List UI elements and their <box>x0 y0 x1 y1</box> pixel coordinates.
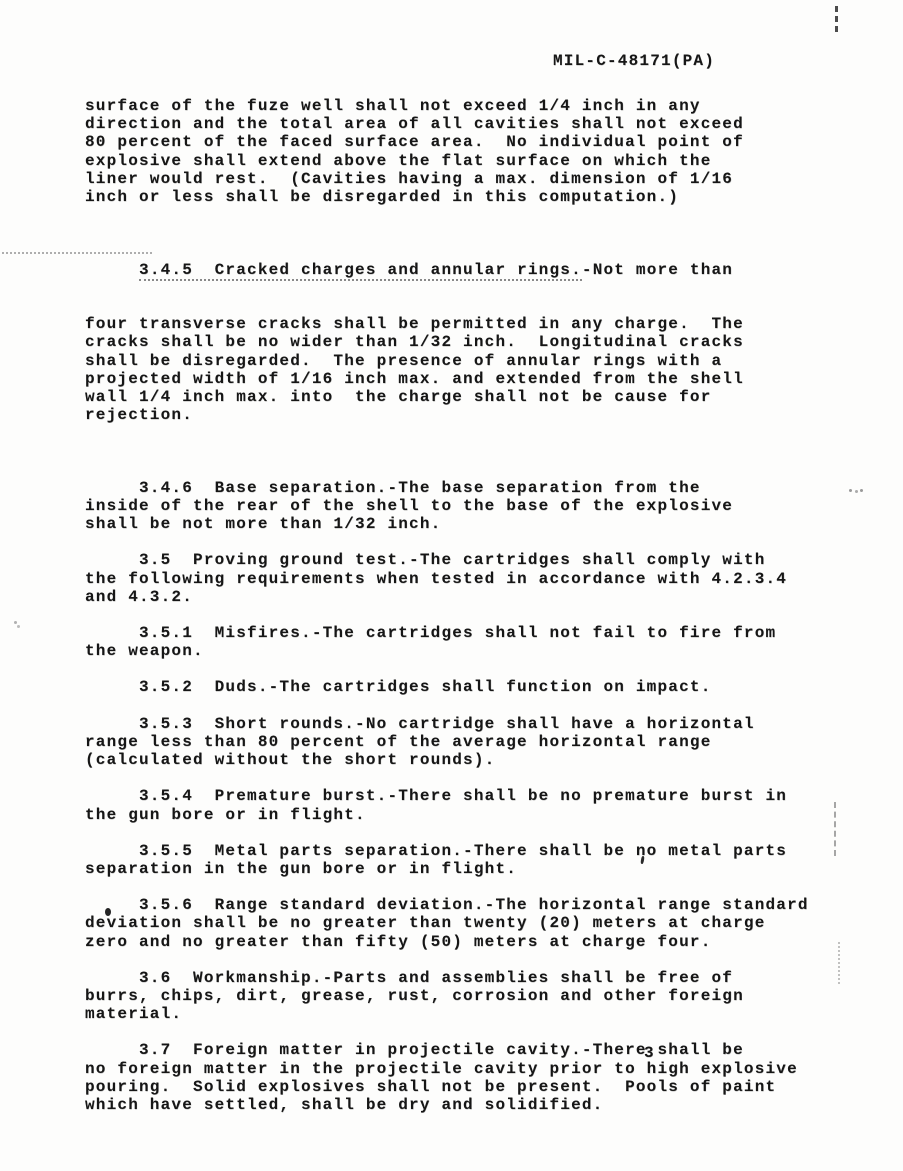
document-body: surface of the fuze well shall not excee… <box>85 97 875 1114</box>
paragraph-3-4-5-heading: 3.4.5 Cracked charges and annular rings. <box>139 261 582 281</box>
paragraph-3-5-4: 3.5.4 Premature burst.-There shall be no… <box>85 787 875 823</box>
scan-artifact-specks-2 <box>14 621 17 624</box>
paragraph-3-6: 3.6 Workmanship.-Parts and assemblies sh… <box>85 969 875 1024</box>
paragraph-3-5-3: 3.5.3 Short rounds.-No cartridge shall h… <box>85 715 875 770</box>
paragraph-3-5-5: 3.5.5 Metal parts separation.-There shal… <box>85 842 875 878</box>
scan-artifact-right-edge-line <box>834 802 836 856</box>
paragraph-3-4-6: 3.4.6 Base separation.-The base separati… <box>85 479 875 534</box>
paragraph-3-5-2: 3.5.2 Duds.-The cartridges shall functio… <box>85 678 875 696</box>
scan-artifact-right-edge-line-2 <box>838 942 840 984</box>
paragraph-3-4-5-body: four transverse cracks shall be permitte… <box>85 315 875 424</box>
paragraph-3-4-5-heading-line: 3.4.5 Cracked charges and annular rings.… <box>85 261 875 279</box>
scan-artifact-specks <box>849 489 852 492</box>
paragraph-3-4-5: 3.4.5 Cracked charges and annular rings.… <box>85 224 875 461</box>
scan-artifact-top-right-dash <box>835 6 838 32</box>
indent-spaces <box>85 261 139 279</box>
paragraph-3-5-6: 3.5.6 Range standard deviation.-The hori… <box>85 896 875 951</box>
document-number: MIL-C-48171(PA) <box>553 52 715 70</box>
paragraph-3-5: 3.5 Proving ground test.-The cartridges … <box>85 551 875 606</box>
scan-artifact-dotted-line <box>2 252 152 254</box>
page-number: 3 <box>644 1044 655 1062</box>
scan-artifact-ink-blot <box>105 908 111 916</box>
scanned-document-page: MIL-C-48171(PA) surface of the fuze well… <box>0 0 903 1171</box>
paragraph-3-7: 3.7 Foreign matter in projectile cavity.… <box>85 1041 875 1114</box>
paragraph-intro-continuation: surface of the fuze well shall not excee… <box>85 97 875 206</box>
paragraph-3-5-1: 3.5.1 Misfires.-The cartridges shall not… <box>85 624 875 660</box>
paragraph-3-4-5-heading-rest: -Not more than <box>582 261 733 279</box>
